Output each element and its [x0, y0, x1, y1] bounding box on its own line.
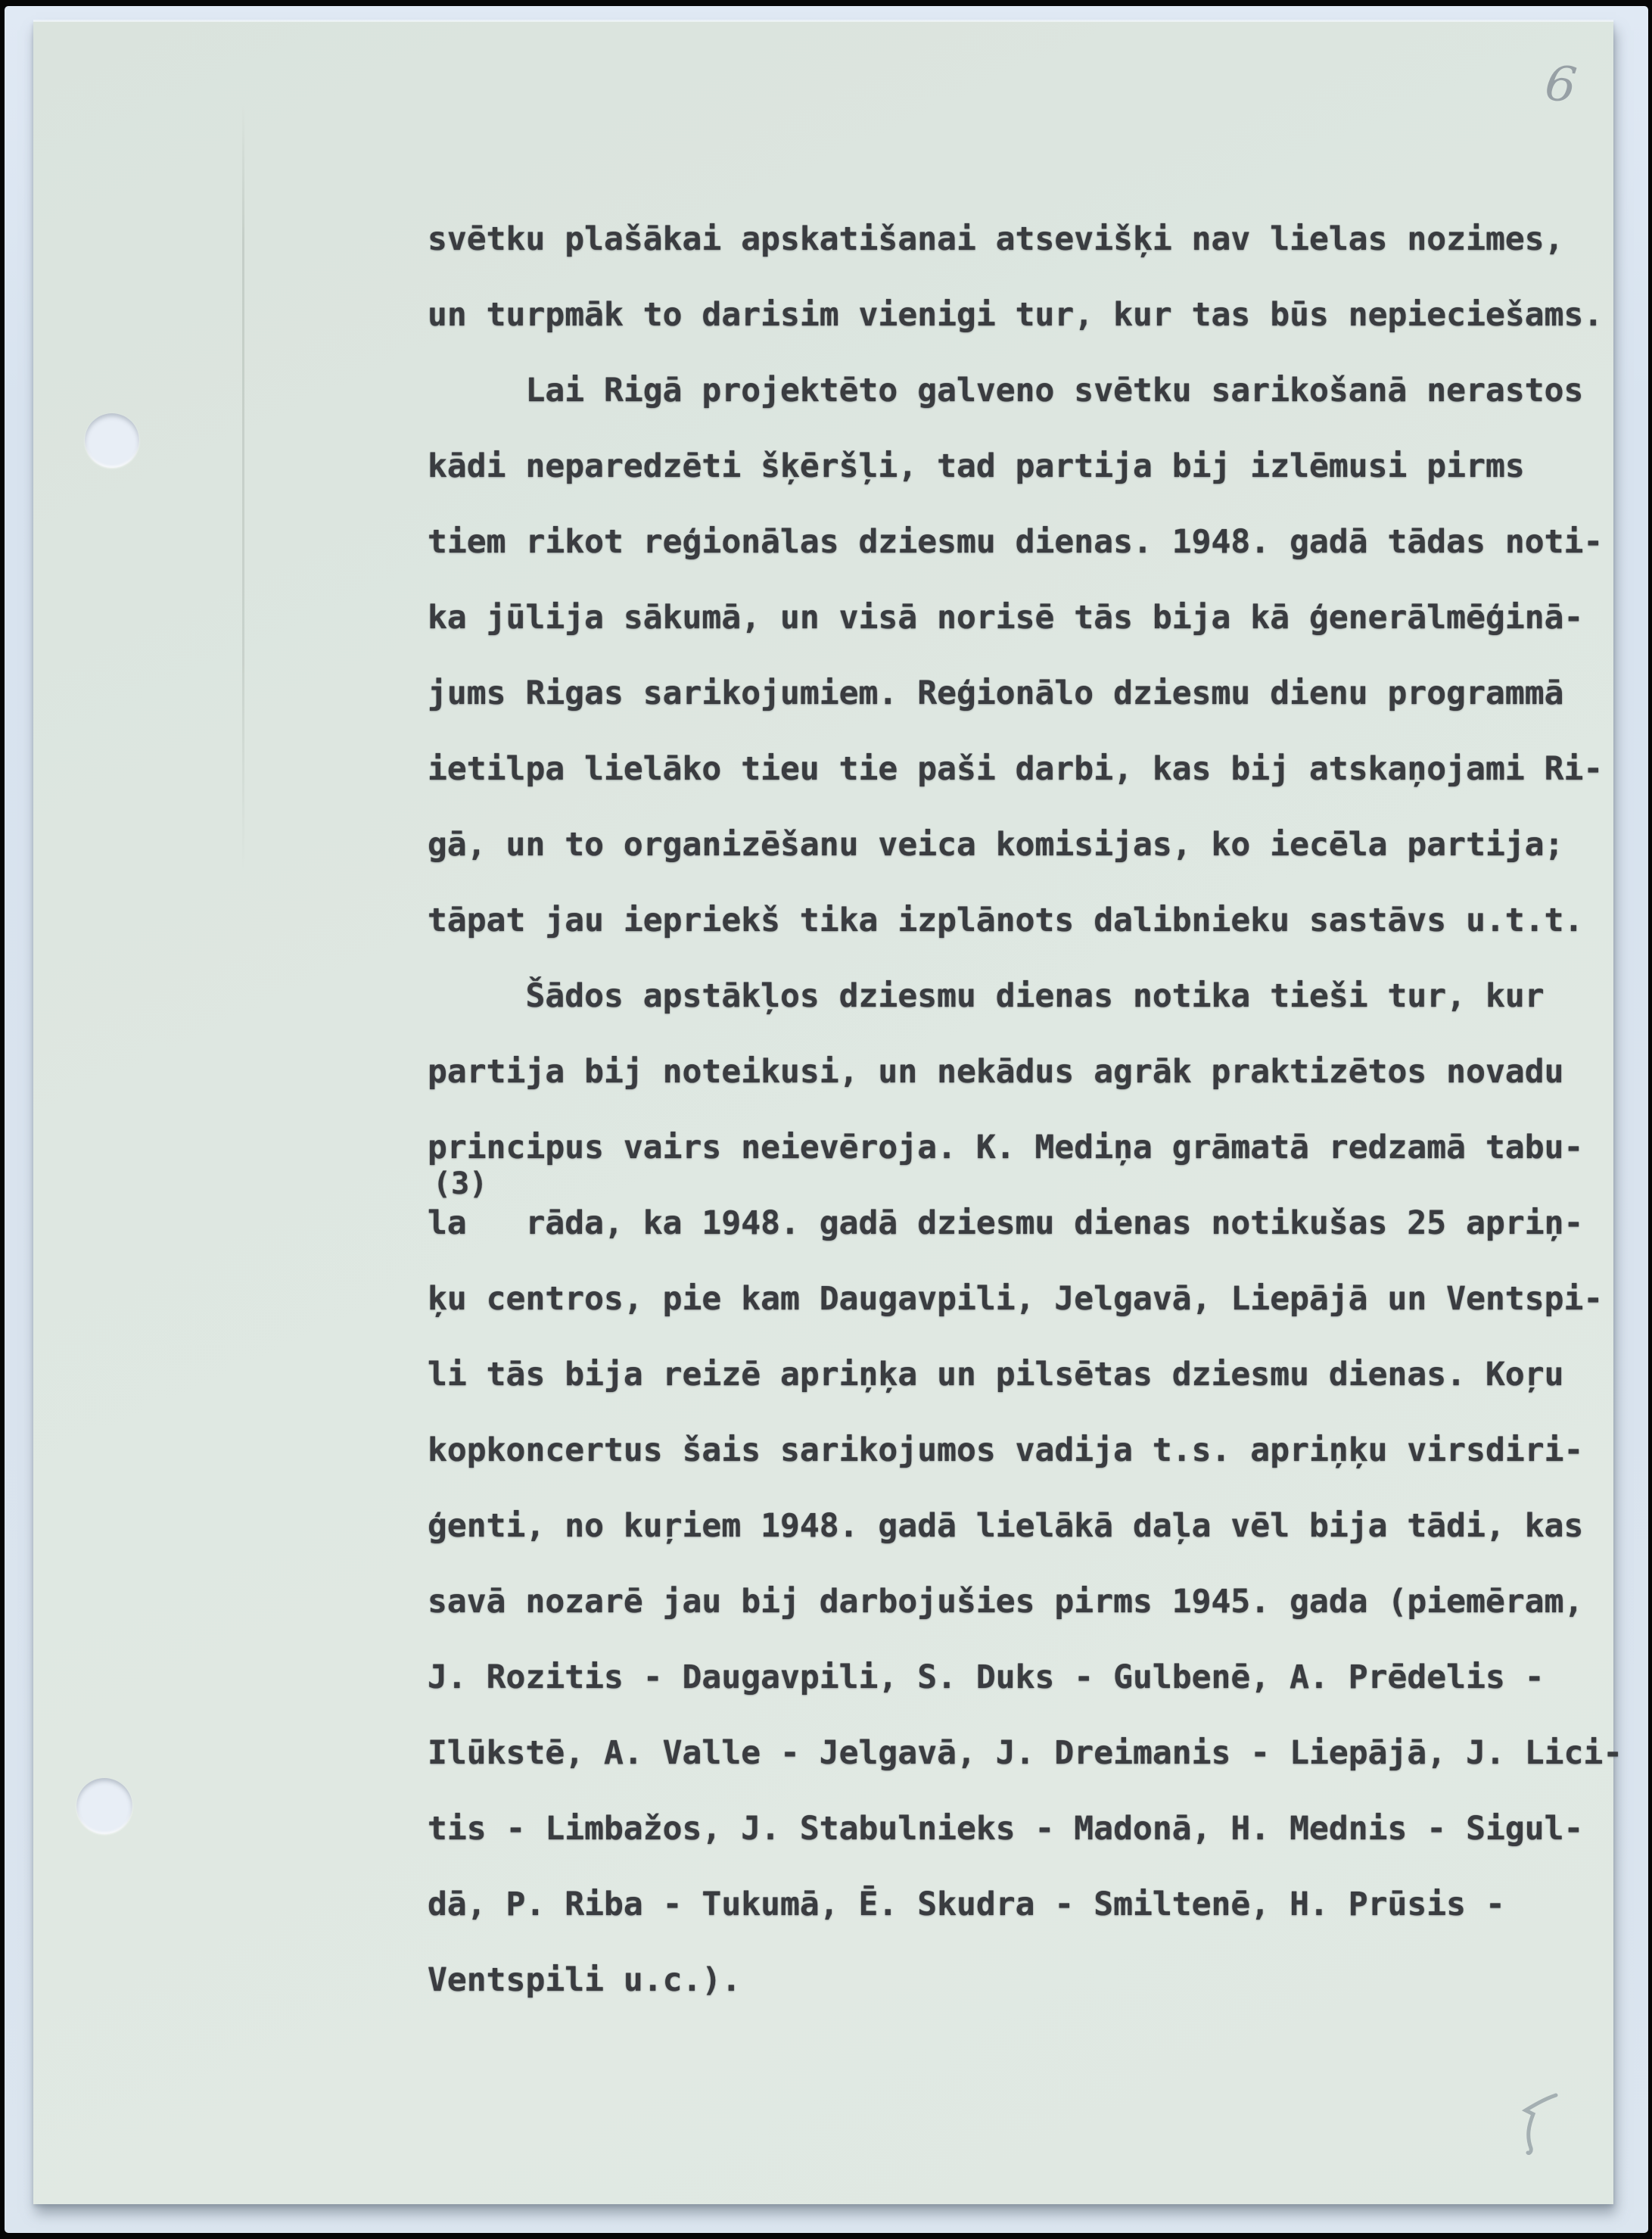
typewritten-line: ka jūlija sākumā, un visā norisē tās bij… — [428, 580, 1622, 656]
typewritten-line: ietilpa lielāko tieu tie paši darbi, kas… — [428, 731, 1622, 807]
typewritten-line: ķu centros, pie kam Daugavpili, Jelgavā,… — [428, 1261, 1622, 1337]
typewritten-line: savā nozarē jau bij darbojušies pirms 19… — [428, 1564, 1622, 1640]
typewritten-line: dā, P. Riba - Tukumā, Ē. Skudra - Smilte… — [428, 1867, 1622, 1942]
scan-frame: 6 svētku plašākai apskatišanai atsevišķi… — [0, 0, 1652, 2239]
typewritten-line: tiem rikot reģionālas dziesmu dienas. 19… — [428, 504, 1622, 580]
punch-hole-bottom — [76, 1778, 132, 1834]
typewritten-line: un turpmāk to darisim vienigi tur, kur t… — [428, 277, 1622, 353]
typewritten-line: kopkoncertus šais sarikojumos vadija t.s… — [428, 1412, 1622, 1488]
typewritten-line: jums Rigas sarikojumiem. Reģionālo dzies… — [428, 656, 1622, 731]
typewritten-line: Lai Rigā projektēto galveno svētku sarik… — [428, 353, 1622, 428]
document-page: 6 svētku plašākai apskatišanai atsevišķi… — [33, 21, 1613, 2204]
paper-crease-line — [242, 104, 244, 877]
typewritten-line: gā, un to organizēšanu veica komisijas, … — [428, 807, 1622, 883]
typewritten-line: tis - Limbažos, J. Stabulnieks - Madonā,… — [428, 1791, 1622, 1867]
typewritten-line: svētku plašākai apskatišanai atsevišķi n… — [428, 201, 1622, 277]
punch-hole-top — [85, 413, 139, 468]
typewritten-line: principus vairs neievēroja. K. Mediņa gr… — [428, 1110, 1622, 1185]
typewritten-line: Ilūkstē, A. Valle - Jelgavā, J. Dreimani… — [428, 1715, 1622, 1791]
typewritten-line: partija bij noteikusi, un nekādus agrāk … — [428, 1034, 1622, 1110]
typewritten-line: Ventspili u.c.). — [428, 1942, 1622, 2018]
footnote-marker: (3) — [433, 1166, 487, 1202]
typewritten-line: Šādos apstākļos dziesmu dienas notika ti… — [428, 958, 1622, 1034]
typewritten-text-block: svētku plašākai apskatišanai atsevišķi n… — [428, 201, 1622, 2018]
typewritten-line: kādi neparedzēti šķēršļi, tad partija bi… — [428, 428, 1622, 504]
handwritten-page-number: 6 — [1542, 59, 1579, 111]
typewritten-line: tāpat jau iepriekš tika izplānots dalibn… — [428, 883, 1622, 958]
typewritten-line: li tās bija reizē apriņķa un pilsētas dz… — [428, 1337, 1622, 1412]
typewritten-line: la rāda, ka 1948. gadā dziesmu dienas no… — [428, 1185, 1622, 1261]
pencil-squiggle-mark — [1514, 2089, 1562, 2162]
typewritten-line: ģenti, no kuŗiem 1948. gadā lielākā daļa… — [428, 1488, 1622, 1564]
typewritten-line: J. Rozitis - Daugavpili, S. Duks - Gulbe… — [428, 1640, 1622, 1715]
